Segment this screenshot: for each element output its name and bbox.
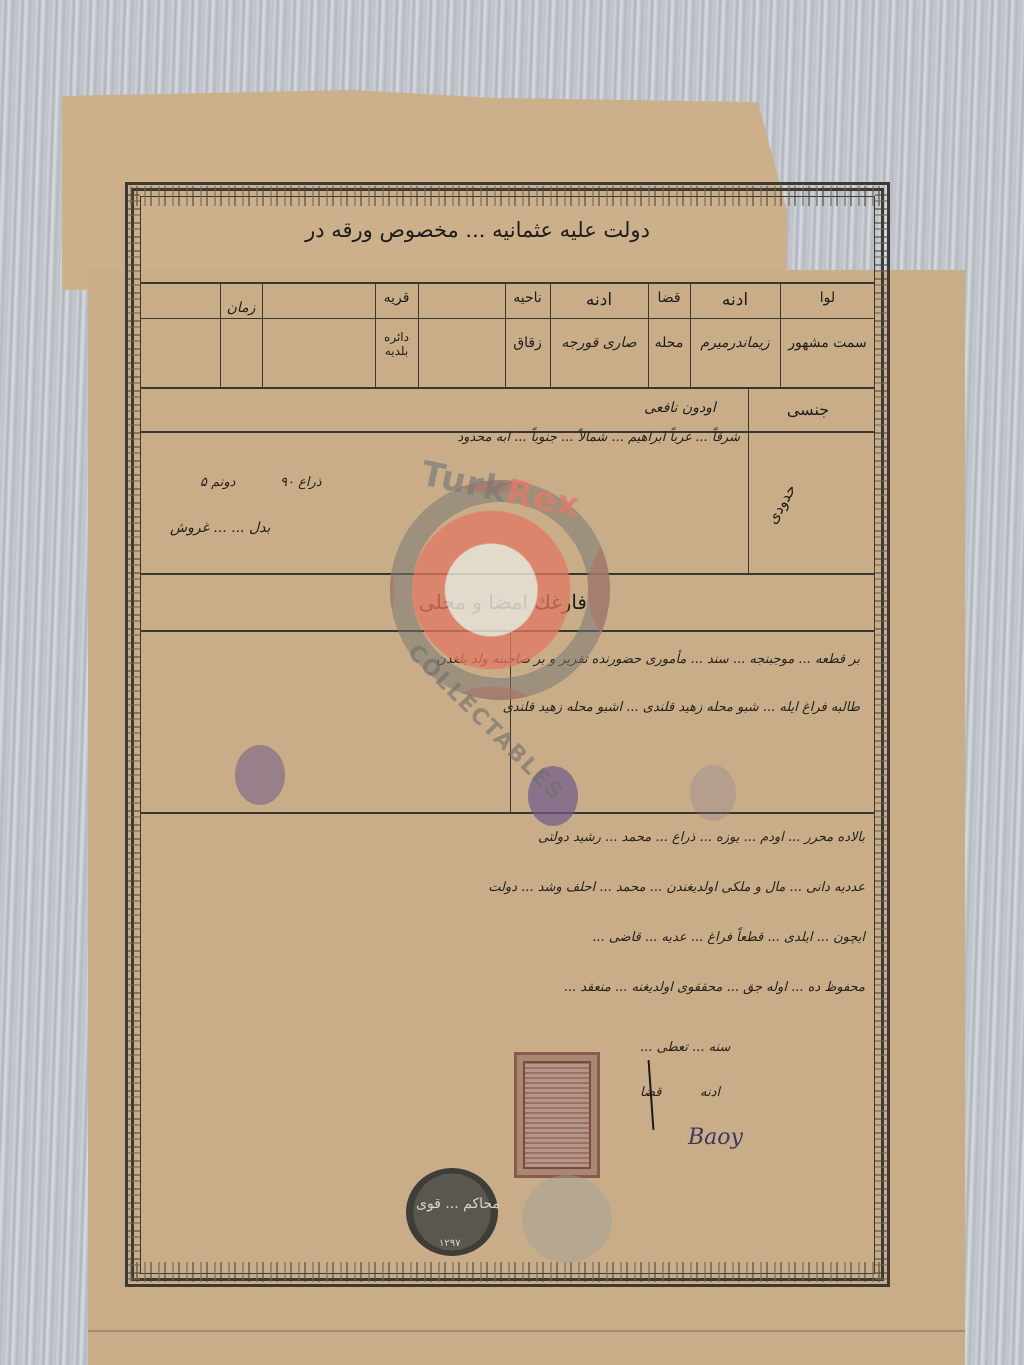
cell-semt-value: زیماندرمیرم — [690, 335, 780, 351]
cinsi-value: اودون نافعی — [620, 400, 740, 416]
cell-mahalle-value: صاری قورجه — [550, 335, 648, 351]
col-line — [262, 282, 263, 387]
value-line: بدل ... ... غروش — [170, 520, 270, 536]
revenue-stamp — [514, 1052, 600, 1178]
body-line-2: عددیه دانی ... مال و ملکی اولدیغندن ... … — [175, 880, 865, 895]
body-line-4: محفوظ ده ... اوله جق ... محققوی اولدیغنه… — [175, 980, 865, 995]
black-seal: محاکم ... قوی ۱۲۹۷ — [406, 1168, 498, 1256]
cell-nahiye-label: ناحیه — [505, 290, 550, 306]
cinsi-label: جنسی — [758, 400, 858, 419]
cell-daire-label: دائره بلدیه — [375, 330, 418, 358]
body-line-1: بالاده محرر ... اودم ... یوزه ... ذراع .… — [175, 830, 865, 845]
cell-karye-label: قریه — [375, 290, 418, 306]
border-right-ornament — [875, 190, 887, 1280]
purple-seal-right — [690, 765, 736, 821]
cell-mahalle-label: محله — [648, 335, 690, 351]
cell-semt-label: سمت مشهور — [780, 335, 875, 351]
table-bottom-line — [140, 387, 875, 389]
purple-seal-left — [235, 745, 285, 805]
border-left-ornament — [128, 190, 140, 1280]
col-line — [748, 433, 749, 573]
border-bottom-ornament — [130, 1262, 885, 1282]
body-line-5: سنه ... تعطی ... — [640, 1040, 730, 1055]
transfer-text-2: طالبه فراغ ایله ... شبو محله زهید قلندی … — [300, 700, 860, 715]
grey-seal — [522, 1175, 612, 1263]
cell-kaza-label: قضا — [648, 290, 690, 306]
cell-liva-label: لوا — [780, 290, 875, 306]
seal-text: محاکم ... قوی — [416, 1196, 500, 1212]
measure-zira: ذراع ۹۰ — [280, 475, 322, 490]
seal-year: ۱۲۹۷ — [439, 1238, 460, 1249]
row-line — [140, 812, 875, 814]
signature: Baoy — [688, 1125, 743, 1150]
cell-zaman-value: زمان — [220, 300, 262, 316]
cell-liva-value: ادنه — [690, 290, 780, 310]
col-line — [418, 282, 419, 387]
date-line-1: ادنه — [700, 1085, 720, 1100]
border-top-ornament — [130, 186, 885, 206]
col-line — [748, 389, 749, 431]
cell-kaza-value: ادنه — [550, 290, 648, 310]
cell-zukak-label: زقاق — [505, 335, 550, 351]
body-line-3: ایچون ... ایلدی ... قطعاً فراغ ... عدیه … — [175, 930, 865, 945]
hudud-text: شرقاً ... غرباً ابراهیم ... شمالاً ... ج… — [180, 430, 740, 445]
measure-donum: دونم ۵ — [200, 475, 235, 490]
header-calligraphy: دولت علیه عثمانیه ... مخصوص ورقه در — [175, 218, 780, 242]
table-mid-line — [140, 318, 875, 319]
table-top-line — [140, 282, 875, 284]
col-line — [220, 282, 221, 387]
paper-fold — [88, 1330, 965, 1332]
